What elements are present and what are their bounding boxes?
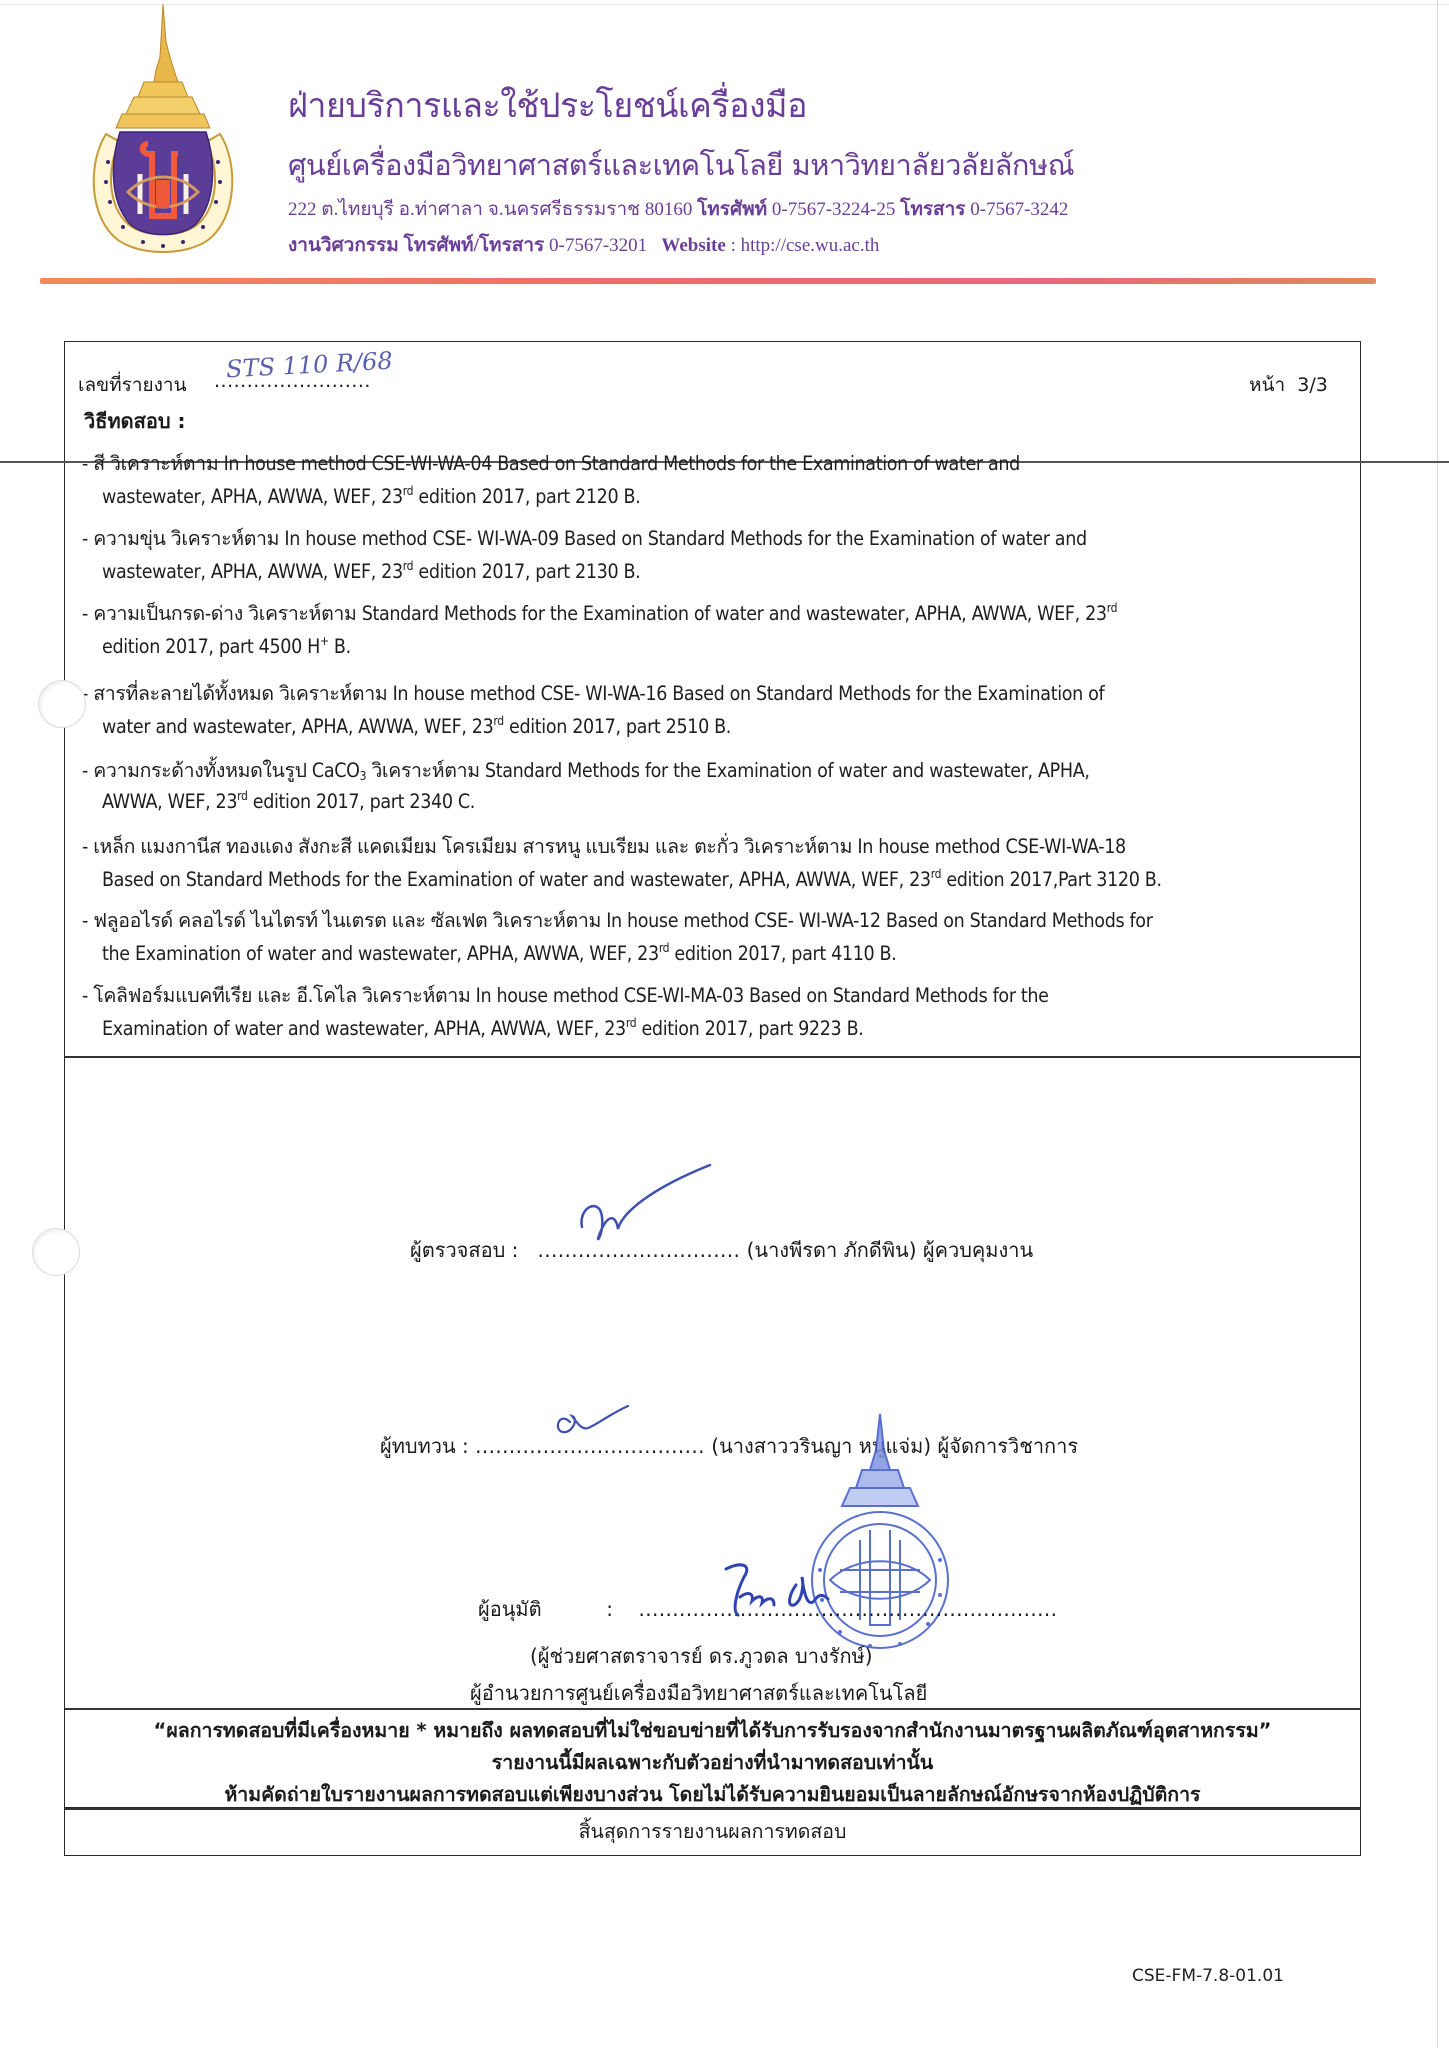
reviewer-label: ผู้ทบทวน : xyxy=(380,1434,469,1458)
letterhead-divider xyxy=(40,278,1376,284)
engineering-phone: 0-7567-3201 xyxy=(549,235,647,256)
method-item-line: wastewater, APHA, AWWA, WEF, 23rd editio… xyxy=(102,485,640,508)
method-item-line: AWWA, WEF, 23rd edition 2017, part 2340 … xyxy=(102,790,475,813)
inspector-signature-row: ผู้ตรวจสอบ : ...........................… xyxy=(410,1234,1033,1266)
reviewer-signature-scribble xyxy=(548,1400,638,1445)
phone-label: โทรศัพท์ xyxy=(697,199,767,220)
inspector-signature-scribble xyxy=(570,1155,720,1255)
department-title: ฝ่ายบริการและใช้ประโยชน์เครื่องมือ xyxy=(288,78,807,132)
approver-signature-scribble xyxy=(718,1555,838,1625)
report-number-label: เลขที่รายงาน xyxy=(78,370,187,400)
method-item-line: Based on Standard Methods for the Examin… xyxy=(102,868,1162,891)
inspector-role: ผู้ควบคุมงาน xyxy=(923,1238,1033,1262)
method-item-line: - ความกระด้างทั้งหมดในรูป CaCO3 วิเคราะห… xyxy=(82,755,1090,786)
end-of-report-text: สิ้นสุดการรายงานผลการทดสอบ xyxy=(64,1816,1361,1847)
method-item-line: water and wastewater, APHA, AWWA, WEF, 2… xyxy=(102,715,731,738)
engineering-contact-line: งานวิศวกรรม โทรศัพท์/โทรสาร 0-7567-3201 … xyxy=(288,230,879,260)
sample-validity-note: รายงานนี้มีผลเฉพาะกับตัวอย่างที่นำมาทดสอ… xyxy=(64,1747,1361,1778)
page-value: 3/3 xyxy=(1297,374,1328,396)
punch-hole xyxy=(32,1228,80,1276)
accreditation-note: “ผลการทดสอบที่มีเครื่องหมาย * หมายถึง ผล… xyxy=(64,1715,1361,1746)
method-item-line: - ความขุ่น วิเคราะห์ตาม In house method … xyxy=(82,523,1087,554)
inspector-label: ผู้ตรวจสอบ : xyxy=(410,1238,518,1262)
form-code: CSE-FM-7.8-01.01 xyxy=(1132,1966,1284,1986)
reviewer-signature-row: ผู้ทบทวน : .............................… xyxy=(380,1430,1078,1462)
punch-hole xyxy=(38,680,86,728)
method-item-line: edition 2017, part 4500 H+ B. xyxy=(102,635,351,658)
methods-title: วิธีทดสอบ : xyxy=(84,405,185,437)
fax-number: 0-7567-3242 xyxy=(970,199,1068,220)
approver-label: ผู้อนุมัติ xyxy=(478,1597,542,1621)
inspector-name: (นางพีรดา ภักดีพิน) xyxy=(747,1238,917,1262)
approver-name: (ผู้ช่วยศาสตราจารย์ ดร.ภูวดล บางรักษ์) xyxy=(530,1640,873,1672)
phone-number: 0-7567-3224-25 xyxy=(772,199,895,220)
fax-label: โทรสาร xyxy=(900,199,965,220)
center-title: ศูนย์เครื่องมือวิทยาศาสตร์และเทคโนโลยี ม… xyxy=(288,142,1074,188)
approver-role: ผู้อำนวยการศูนย์เครื่องมือวิทยาศาสตร์และ… xyxy=(470,1677,927,1709)
method-item-line: - สี วิเคราะห์ตาม In house method CSE-WI… xyxy=(82,448,1020,479)
method-item-line: - ฟลูออไรด์ คลอไรด์ ไนไตรท์ ไนเตรต และ ซ… xyxy=(82,905,1153,936)
method-item-line: - เหล็ก แมงกานีส ทองแดง สังกะสี แคดเมียม… xyxy=(82,831,1126,862)
website-label: Website xyxy=(661,235,725,256)
method-item-line: - โคลิฟอร์มแบคทีเรีย และ อี.โคไล วิเคราะ… xyxy=(82,980,1049,1011)
website-link[interactable]: http://cse.wu.ac.th xyxy=(741,235,880,256)
method-item-line: - ความเป็นกรด-ด่าง วิเคราะห์ตาม Standard… xyxy=(82,598,1117,629)
engineering-label: งานวิศวกรรม xyxy=(288,235,399,256)
address: 222 ต.ไทยบุรี อ.ท่าศาลา จ.นครศรีธรรมราช … xyxy=(288,199,692,220)
address-line: 222 ต.ไทยบุรี อ.ท่าศาลา จ.นครศรีธรรมราช … xyxy=(288,194,1068,224)
page-label: หน้า xyxy=(1249,374,1285,396)
method-item-line: the Examination of water and wastewater,… xyxy=(102,942,896,965)
scan-edge xyxy=(1437,0,1438,2048)
university-crest-icon xyxy=(78,2,248,264)
copy-restriction-note: ห้ามคัดถ่ายใบรายงานผลการทดสอบแต่เพียงบาง… xyxy=(64,1779,1361,1810)
engineering-phone-label: โทรศัพท์/โทรสาร xyxy=(404,235,545,256)
page-indicator: หน้า 3/3 xyxy=(1249,370,1328,400)
approver-signature-field: ........................................… xyxy=(638,1597,1057,1621)
method-item-line: - สารที่ละลายได้ทั้งหมด วิเคราะห์ตาม In … xyxy=(82,678,1104,709)
method-item-line: Examination of water and wastewater, APH… xyxy=(102,1017,863,1040)
method-item-line: wastewater, APHA, AWWA, WEF, 23rd editio… xyxy=(102,560,640,583)
